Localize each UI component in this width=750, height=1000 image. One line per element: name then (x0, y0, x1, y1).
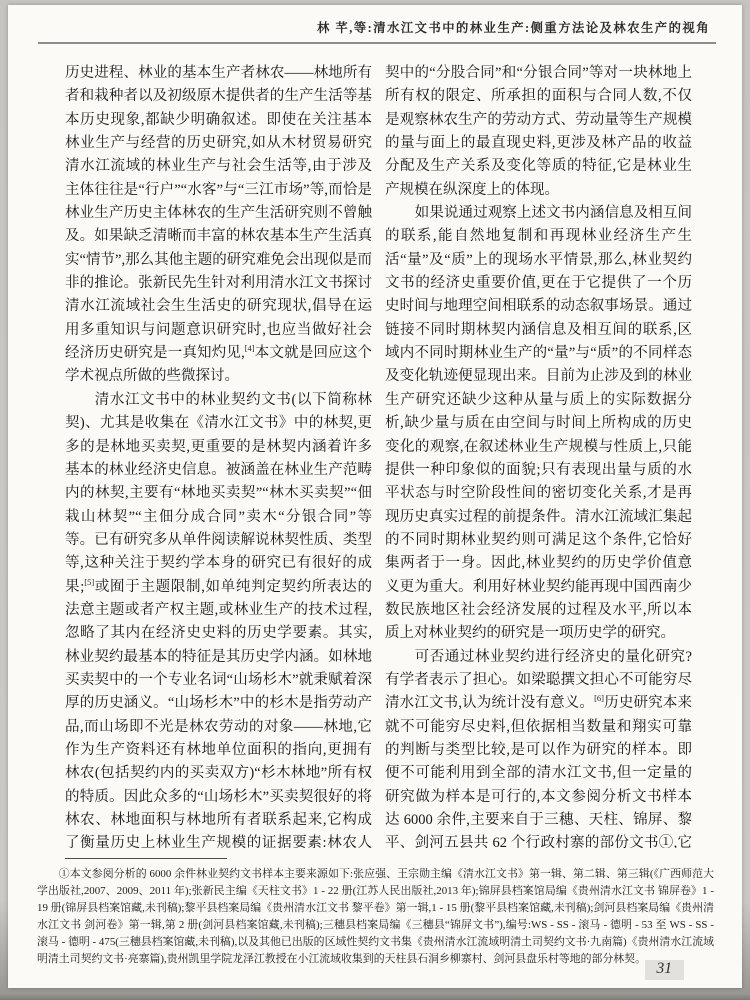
footnote: ①本文参阅分析的 6000 余件林业契约文书样本主要来源如下:张应强、王宗勋主编… (37, 866, 714, 967)
citation-ref: [5] (84, 577, 94, 587)
paragraph: 可否通过林业契约进行经济史的量化研究?有学者表示了担心。如梁聪撰文担心不可能穷尽… (385, 646, 692, 848)
paragraph: 清水江文书中的林业契约文书(以下简称林契)、尤其是收集在《清水江文书》中的林契,… (65, 389, 372, 848)
text-column-right: 契中的“分股合同”和“分银合同”等对一块林地上所有权的限定、所承担的面积与合同人… (385, 62, 692, 848)
paragraph: 如果说通过观察上述文书内涵信息及相互间的联系,能自然地复制和再现林业经济生产生活… (385, 202, 692, 646)
scanned-page: 林 芊,等:清水江文书中的林业生产:侧重方法论及林农生产的视角 历史进程、林业的… (8, 5, 742, 988)
running-head: 林 芊,等:清水江文书中的林业生产:侧重方法论及林农生产的视角 (8, 5, 742, 40)
paragraph: 契中的“分股合同”和“分银合同”等对一块林地上所有权的限定、所承担的面积与合同人… (385, 62, 692, 202)
scan-edge-shadow (0, 994, 750, 1000)
header-rule (38, 42, 716, 44)
citation-ref: [4] (245, 343, 255, 353)
page-number: 31 (645, 960, 685, 980)
footnote-separator (65, 858, 227, 859)
paragraph-text: 历史研究本来就不可能穷尽史料,但依据相当数量和翔实可靠的判断与类型比较,是可以作… (385, 695, 692, 848)
paragraph: 历史进程、林业的基本生产者林农——林地所有者和栽种者以及初级原木提供者的生产生活… (65, 62, 372, 389)
paragraph-text: 历史进程、林业的基本生产者林农——林地所有者和栽种者以及初级原木提供者的生产生活… (65, 65, 372, 361)
citation-ref: [6] (594, 693, 604, 703)
article-body: 历史进程、林业的基本生产者林农——林地所有者和栽种者以及初级原木提供者的生产生活… (65, 62, 692, 848)
text-column-left: 历史进程、林业的基本生产者林农——林地所有者和栽种者以及初级原木提供者的生产生活… (65, 62, 372, 848)
paragraph-text: 清水江文书中的林业契约文书(以下简称林契)、尤其是收集在《清水江文书》中的林契,… (65, 392, 372, 595)
paragraph-text: 或囿于主题限制,如单纯判定契约所表达的法意主题或者产权主题,或林业生产的技术过程… (65, 579, 372, 848)
